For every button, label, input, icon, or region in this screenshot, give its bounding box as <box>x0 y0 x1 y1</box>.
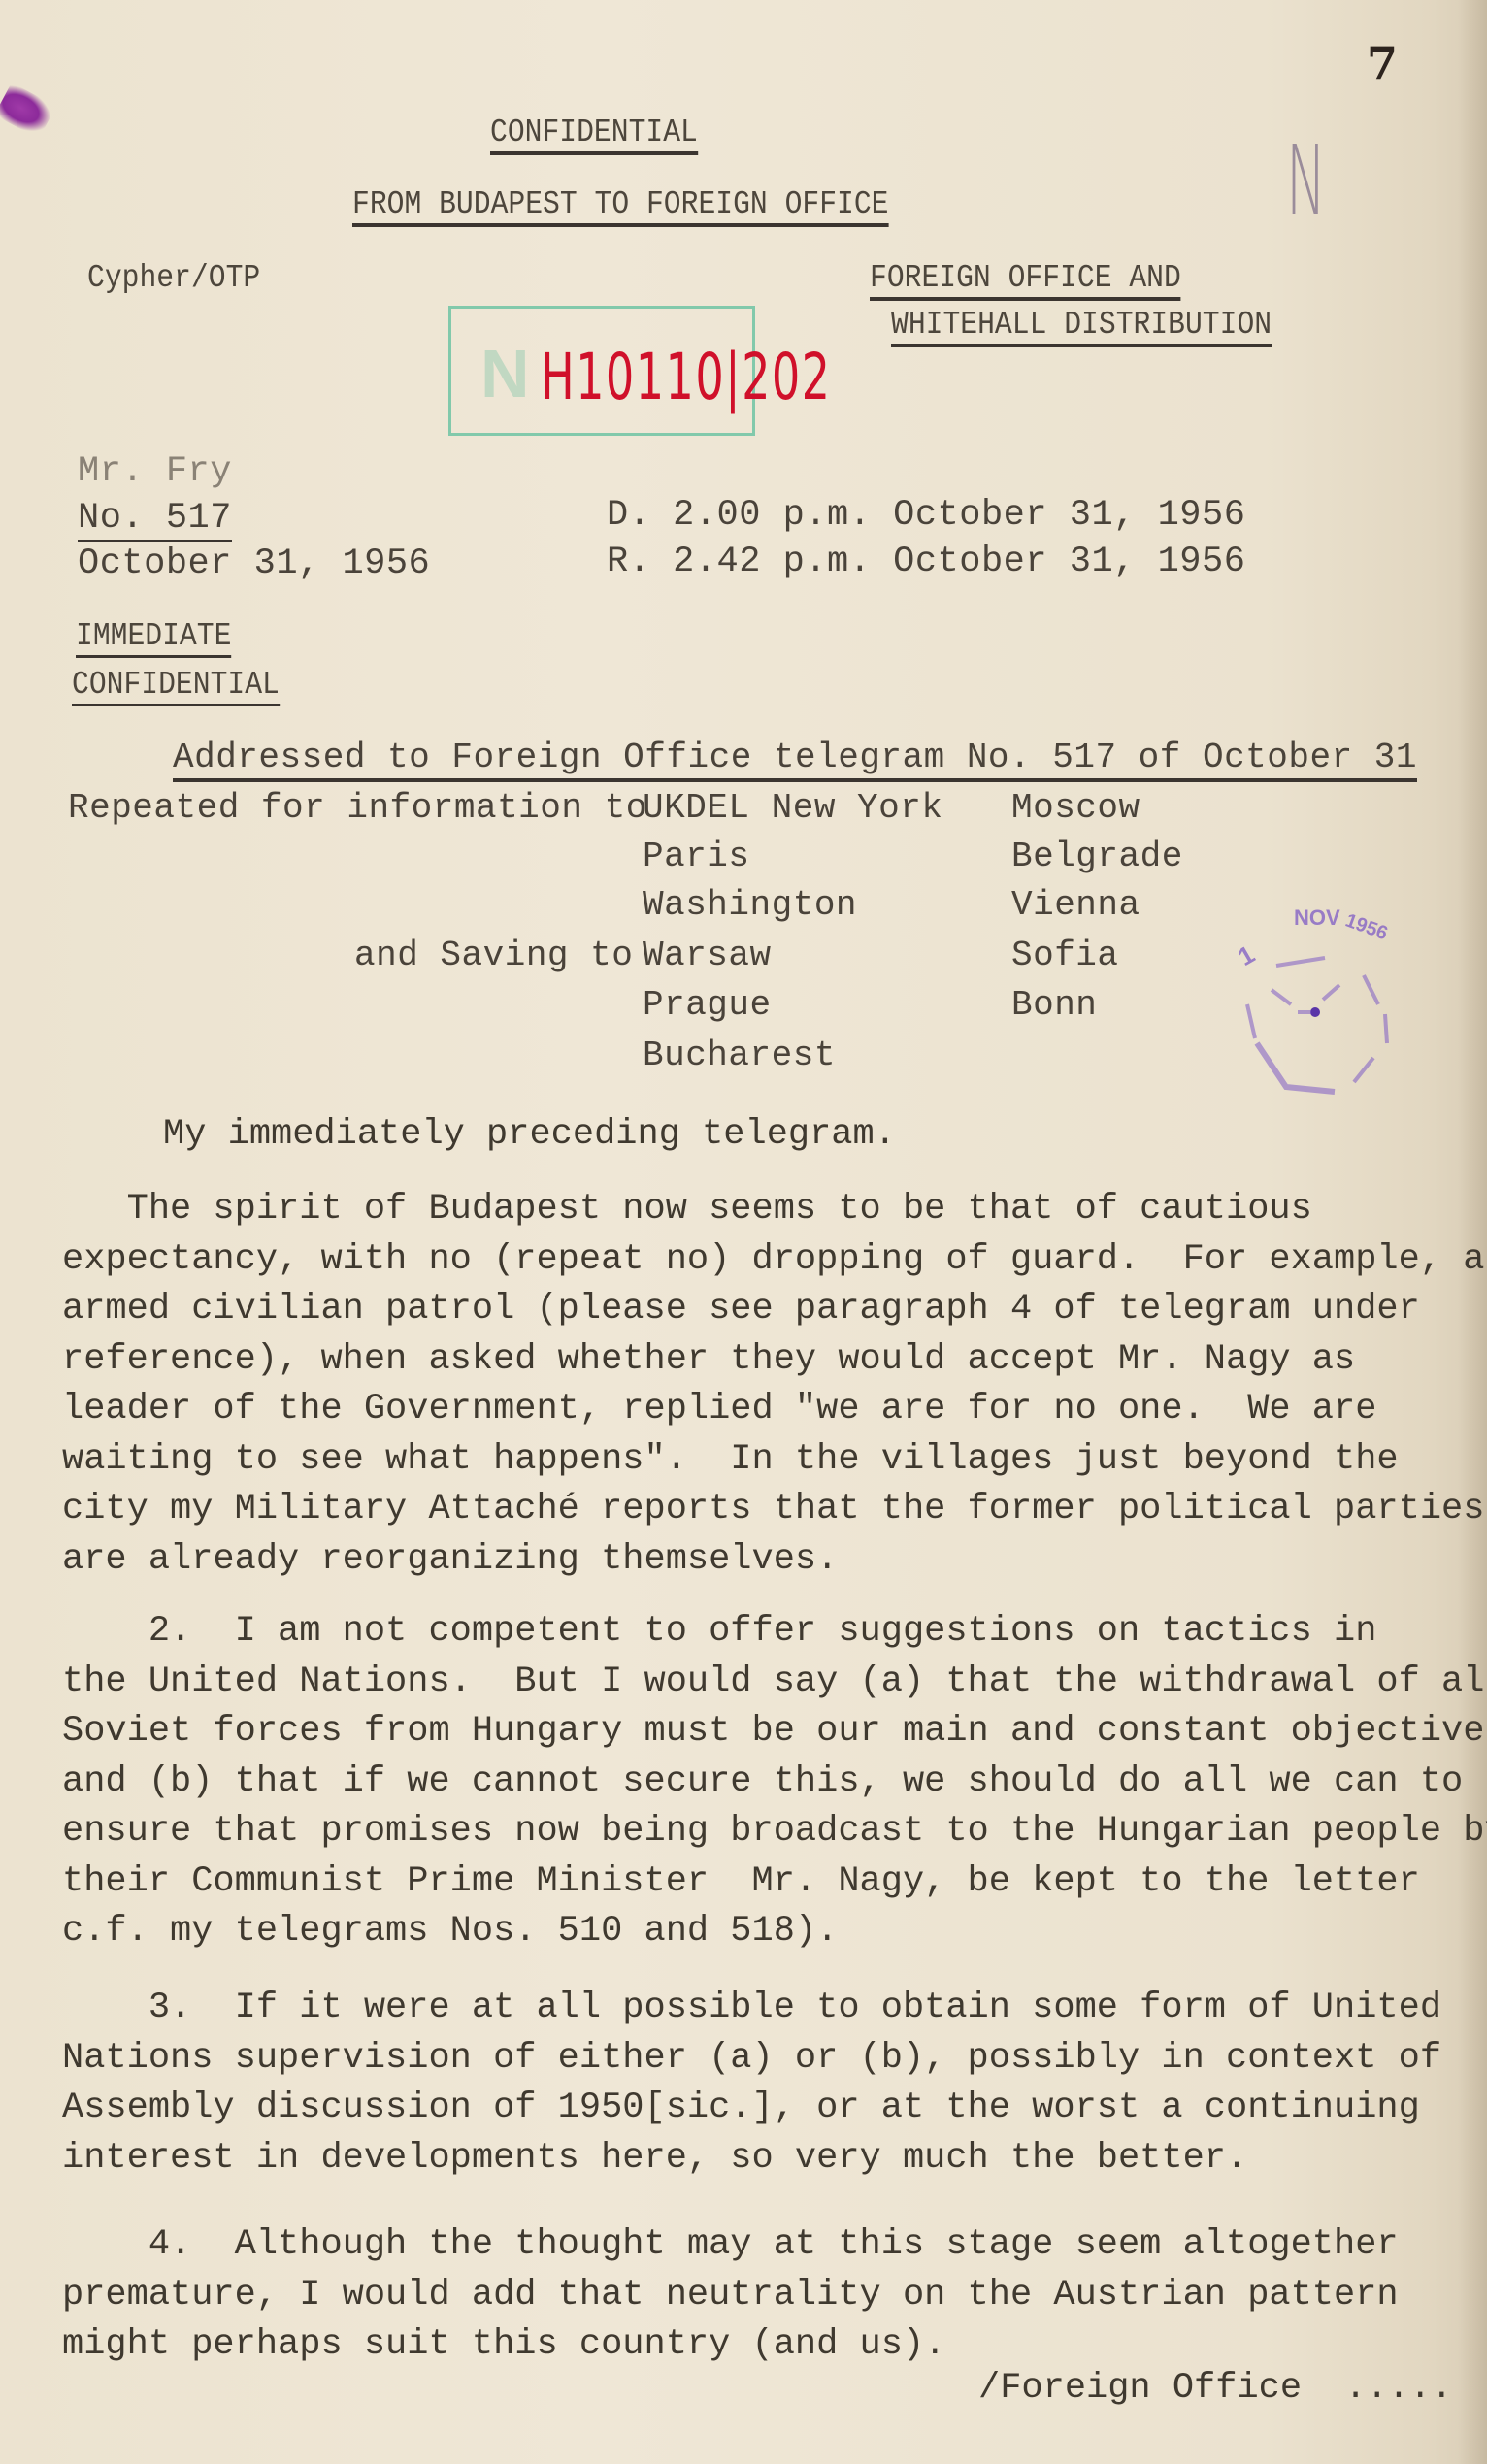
repeated-post: Washington <box>643 885 857 925</box>
sender: Mr. Fry <box>78 451 232 492</box>
distribution-line-2: WHITEHALL DISTRIBUTION <box>891 307 1272 347</box>
pencil-annotation: N <box>1286 124 1326 238</box>
telegram-number: No. 517 <box>78 498 232 542</box>
stamp-year: 1956 <box>1342 909 1390 944</box>
saving-post: Bonn <box>1011 985 1097 1025</box>
body-paragraph-line: premature, I would add that neutrality o… <box>62 2275 1399 2316</box>
body-paragraph-line: 2. I am not competent to offer suggestio… <box>62 1611 1376 1652</box>
reference-stamp-letter: N <box>480 335 530 412</box>
body-paragraph-line: ensure that promises now being broadcast… <box>62 1811 1487 1852</box>
priority-label: IMMEDIATE <box>76 618 231 658</box>
body-paragraph-line: Assembly discussion of 1950[sic.], or at… <box>62 2087 1420 2128</box>
body-paragraph-line: leader of the Government, replied "we ar… <box>62 1389 1376 1429</box>
stamp-month: NOV <box>1294 905 1340 930</box>
body-paragraph-line: armed civilian patrol (please see paragr… <box>62 1289 1420 1330</box>
body-paragraph-line: are already reorganizing themselves. <box>62 1539 838 1580</box>
saving-post: Prague <box>643 985 772 1025</box>
binding-tag-mark <box>0 82 56 139</box>
body-paragraph-line: waiting to see what happens". In the vil… <box>62 1439 1399 1480</box>
reference-number: H10110|202 <box>541 340 831 414</box>
page-number: 7 <box>1367 37 1398 89</box>
distribution-line-1: FOREIGN OFFICE AND <box>870 260 1181 301</box>
continuation-line: /Foreign Office ..... <box>978 2368 1452 2409</box>
body-paragraph-line: reference), when asked whether they woul… <box>62 1339 1355 1380</box>
saving-post: Warsaw <box>643 936 772 975</box>
route-heading: FROM BUDAPEST TO FOREIGN OFFICE <box>352 186 889 227</box>
body-paragraph-line: city my Military Attaché reports that th… <box>62 1489 1484 1529</box>
saving-post: Bucharest <box>643 1035 836 1075</box>
registry-date-stamp: NOV 1956 1 <box>1218 898 1412 1101</box>
addressed-line: Addressed to Foreign Office telegram No.… <box>173 738 1417 782</box>
saving-prefix: and Saving to <box>354 936 633 975</box>
body-paragraph-line: might perhaps suit this country (and us)… <box>62 2324 945 2365</box>
intro-line: My immediately preceding telegram. <box>163 1114 896 1155</box>
body-paragraph-line: interest in developments here, so very m… <box>62 2138 1247 2179</box>
body-paragraph-line: Soviet forces from Hungary must be our m… <box>62 1711 1487 1752</box>
body-paragraph-line: their Communist Prime Minister Mr. Nagy,… <box>62 1861 1420 1902</box>
repeated-prefix: Repeated for information to <box>68 788 647 828</box>
repeated-post: Paris <box>643 837 750 876</box>
body-paragraph-line: the United Nations. But I would say (a) … <box>62 1661 1487 1702</box>
body-paragraph-line: expectancy, with no (repeat no) dropping… <box>62 1239 1487 1280</box>
body-paragraph-line: Nations supervision of either (a) or (b)… <box>62 2038 1441 2079</box>
received-time: R. 2.42 p.m. October 31, 1956 <box>607 542 1245 582</box>
stamp-day: 1 <box>1233 939 1260 971</box>
repeated-post: Vienna <box>1011 885 1140 925</box>
body-paragraph-line: 3. If it were at all possible to obtain … <box>62 1988 1441 2028</box>
repeated-post: UKDEL New York <box>643 788 942 828</box>
saving-post: Sofia <box>1011 936 1119 975</box>
repeated-post: Moscow <box>1011 788 1140 828</box>
telegram-date: October 31, 1956 <box>78 543 430 584</box>
body-paragraph-line: and (b) that if we cannot secure this, w… <box>62 1761 1463 1802</box>
cypher-label: Cypher/OTP <box>87 260 260 296</box>
body-paragraph-line: The spirit of Budapest now seems to be t… <box>62 1189 1312 1230</box>
classification-label: CONFIDENTIAL <box>72 667 280 706</box>
body-paragraph-line: 4. Although the thought may at this stag… <box>62 2224 1399 2265</box>
page-edge-shadow <box>1458 0 1487 2464</box>
body-paragraph-line: c.f. my telegrams Nos. 510 and 518). <box>62 1911 838 1952</box>
despatched-time: D. 2.00 p.m. October 31, 1956 <box>607 495 1245 536</box>
repeated-post: Belgrade <box>1011 837 1183 876</box>
classification-heading: CONFIDENTIAL <box>490 115 698 155</box>
